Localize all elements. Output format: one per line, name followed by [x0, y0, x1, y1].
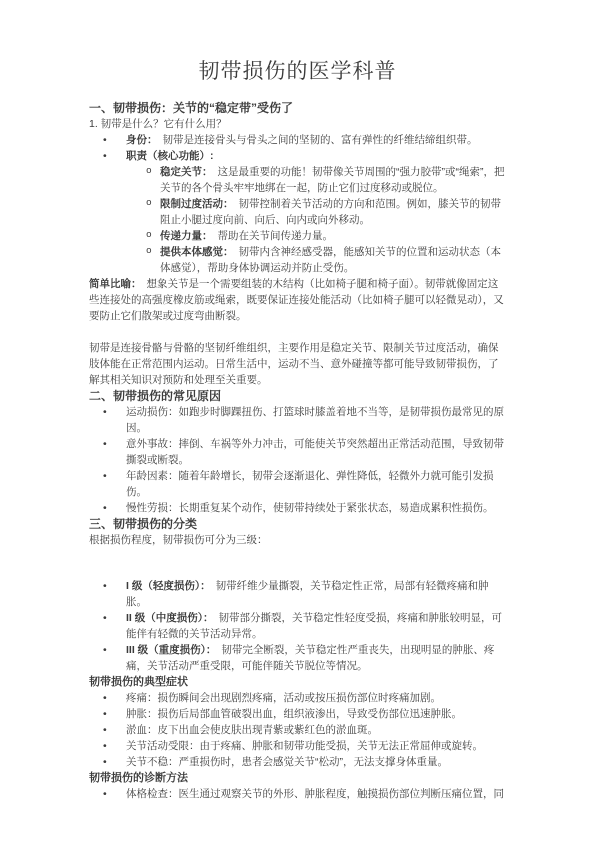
analogy-label: 简单比喻：: [89, 278, 142, 290]
bullet-icon: •: [103, 500, 107, 516]
sub-list-item-text: 帮助在关节间传递力量。: [218, 230, 334, 242]
bullet-icon: •: [103, 468, 107, 484]
grade-label: I 级（轻度损伤）：: [126, 580, 211, 592]
list-item: • 肿胀：损伤后局部血管破裂出血，组织液渗出，导致受伤部位迅速肿胀。: [89, 706, 506, 722]
list-item: • 慢性劳损：长期重复某个动作，使韧带持续处于紧张状态，易造成累积性损伤。: [89, 500, 506, 516]
sub-list-item-label: 限制过度活动：: [160, 198, 234, 210]
bullet-icon: •: [103, 786, 107, 802]
list-item: • 意外事故：摔倒、车祸等外力冲击，可能使关节突然超出正常活动范围，导致韧带撕裂…: [89, 436, 506, 468]
sub-list-item: o 传递力量：帮助在关节间传递力量。: [89, 228, 506, 244]
bullet-icon: •: [103, 578, 107, 594]
list-item-text: 意外事故：摔倒、车祸等外力冲击，可能使关节突然超出正常活动范围，导致韧带撕裂或断…: [126, 438, 504, 466]
list-item-label: 身份：: [126, 134, 158, 146]
bullet-icon: •: [103, 690, 107, 706]
blank-gap: [89, 548, 506, 578]
circle-bullet-icon: o: [146, 195, 152, 211]
sub-list-item: o 限制过度活动：韧带控制着关节活动的方向和范围。例如，膝关节的韧带阻止小腿过度…: [89, 196, 506, 228]
list-item: • 职责（核心功能）:: [89, 148, 506, 164]
bullet-icon: •: [103, 642, 107, 658]
list-item: • 关节活动受限：由于疼痛、肿胀和韧带功能受损，关节无法正常屈伸或旋转。: [89, 738, 506, 754]
document-page: 韧带损伤的医学科普 一、韧带损伤：关节的“稳定带”受伤了 1. 韧带是什么？它有…: [0, 0, 595, 841]
blank-line: [89, 324, 506, 340]
list-item-label: 职责（核心功能）:: [126, 150, 214, 162]
sub-list-item-label: 传递力量：: [160, 230, 213, 242]
list-item: • III 级（重度损伤）：韧带完全断裂，关节稳定性严重丧失，出现明显的肿胀、疼…: [89, 642, 506, 674]
list-item: • I 级（轻度损伤）：韧带纤维少量撕裂，关节稳定性正常，局部有轻微疼痛和肿胀。: [89, 578, 506, 610]
bullet-icon: •: [103, 722, 107, 738]
list-item: • II 级（中度损伤）：韧带部分撕裂，关节稳定性轻度受损，疼痛和肿胀较明显，可…: [89, 610, 506, 642]
section-2-heading: 二、韧带损伤的常见原因: [89, 388, 506, 404]
bullet-icon: •: [103, 610, 107, 626]
sub-list-item-label: 提供本体感觉：: [160, 246, 234, 258]
list-item: • 淤血：皮下出血会使皮肤出现青紫或紫红色的淤血斑。: [89, 722, 506, 738]
list-item: • 体格检查：医生通过观察关节的外形、肿胀程度，触摸损伤部位判断压痛位置，同: [89, 786, 506, 802]
circle-bullet-icon: o: [146, 227, 152, 243]
list-item-text: 慢性劳损：长期重复某个动作，使韧带持续处于紧张状态，易造成累积性损伤。: [126, 502, 494, 514]
bullet-icon: •: [103, 404, 107, 420]
list-item: • 身份：韧带是连接骨头与骨头之间的坚韧的、富有弹性的纤维结缔组织带。: [89, 132, 506, 148]
bullet-icon: •: [103, 148, 107, 164]
list-item-text: 体格检查：医生通过观察关节的外形、肿胀程度，触摸损伤部位判断压痛位置，同: [126, 788, 504, 800]
circle-bullet-icon: o: [146, 163, 152, 179]
section-3-heading: 三、韧带损伤的分类: [89, 516, 506, 532]
document-title: 韧带损伤的医学科普: [89, 57, 506, 87]
grade-label: II 级（中度损伤）：: [126, 612, 214, 624]
bullet-icon: •: [103, 706, 107, 722]
sub-list-item: o 提供本体感觉：韧带内含神经感受器，能感知关节的位置和运动状态（本体感觉），帮…: [89, 244, 506, 276]
symptoms-heading: 韧带损伤的典型症状: [89, 674, 506, 690]
circle-bullet-icon: o: [146, 243, 152, 259]
list-item-text: 运动损伤：如跑步时脚踝扭伤、打篮球时膝盖着地不当等，是韧带损伤最常见的原因。: [126, 406, 504, 434]
bullet-icon: •: [103, 754, 107, 770]
summary-paragraph: 韧带是连接骨骼与骨骼的坚韧纤维组织，主要作用是稳定关节、限制关节过度活动，确保肢…: [89, 340, 506, 388]
list-item: • 关节不稳：严重损伤时，患者会感觉关节“松动”，无法支撑身体重量。: [89, 754, 506, 770]
diagnosis-heading: 韧带损伤的诊断方法: [89, 770, 506, 786]
sub-list-item: o 稳定关节：这是最重要的功能！韧带像关节周围的“强力胶带”或“绳索”，把关节的…: [89, 164, 506, 196]
bullet-icon: •: [103, 132, 107, 148]
section-1-heading: 一、韧带损伤：关节的“稳定带”受伤了: [89, 100, 506, 116]
list-item-text: 肿胀：损伤后局部血管破裂出血，组织液渗出，导致受伤部位迅速肿胀。: [126, 708, 462, 720]
analogy-text: 想象关节是一个需要组装的木结构（比如椅子腿和椅子面）。韧带就像固定这些连接处的高…: [89, 278, 504, 322]
bullet-icon: •: [103, 738, 107, 754]
grade-label: III 级（重度损伤）：: [126, 644, 216, 656]
list-item-text: 淤血：皮下出血会使皮肤出现青紫或紫红色的淤血斑。: [126, 724, 378, 736]
list-item-text: 疼痛：损伤瞬间会出现剧烈疼痛，活动或按压损伤部位时疼痛加剧。: [126, 692, 441, 704]
list-item-text: 关节活动受限：由于疼痛、肿胀和韧带功能受损，关节无法正常屈伸或旋转。: [126, 740, 483, 752]
sub-list-item-label: 稳定关节：: [160, 166, 213, 178]
list-item: • 疼痛：损伤瞬间会出现剧烈疼痛，活动或按压损伤部位时疼痛加剧。: [89, 690, 506, 706]
list-item: • 年龄因素：随着年龄增长，韧带会逐渐退化、弹性降低，轻微外力就可能引发损伤。: [89, 468, 506, 500]
list-item: • 运动损伤：如跑步时脚踝扭伤、打篮球时膝盖着地不当等，是韧带损伤最常见的原因。: [89, 404, 506, 436]
list-item-text: 关节不稳：严重损伤时，患者会感觉关节“松动”，无法支撑身体重量。: [126, 756, 448, 768]
analogy-paragraph: 简单比喻：想象关节是一个需要组装的木结构（比如椅子腿和椅子面）。韧带就像固定这些…: [89, 276, 506, 324]
section-1-question: 1. 韧带是什么？它有什么用？: [89, 116, 506, 132]
section-3-intro: 根据损伤程度，韧带损伤可分为三级：: [89, 532, 506, 548]
list-item-text: 年龄因素：随着年龄增长，韧带会逐渐退化、弹性降低，轻微外力就可能引发损伤。: [126, 470, 494, 498]
bullet-icon: •: [103, 436, 107, 452]
list-item-text: 韧带是连接骨头与骨头之间的坚韧的、富有弹性的纤维结缔组织带。: [163, 134, 478, 146]
